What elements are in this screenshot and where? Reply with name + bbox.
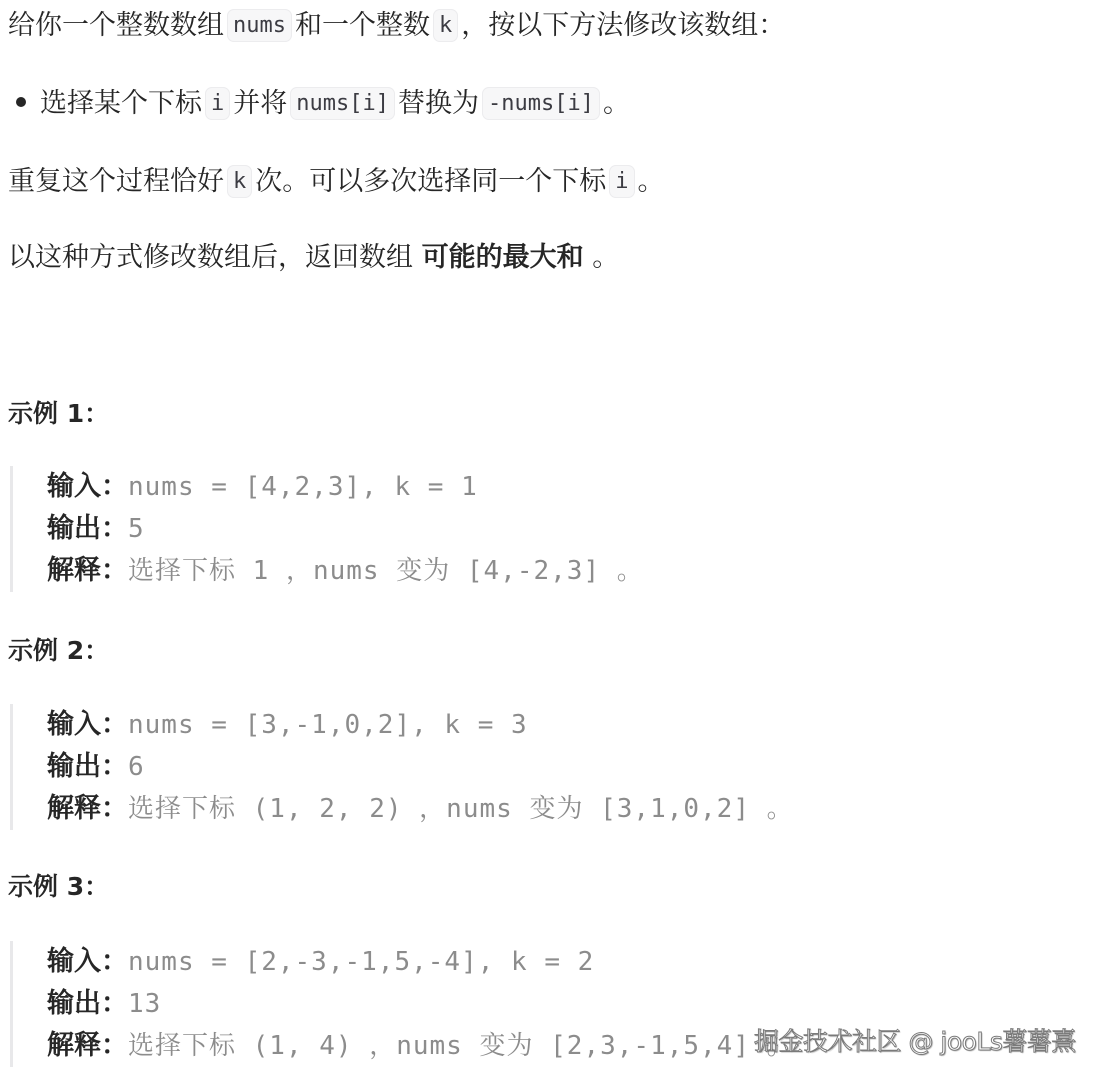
intro-paragraph: 给你一个整数数组nums和一个整数k，按以下方法修改该数组：: [8, 6, 785, 46]
output-label: 输出：: [47, 988, 128, 1019]
bullet-text-4: 。: [603, 88, 630, 119]
explain-value: 选择下标 (1, 2, 2) ，nums 变为 [3,1,0,2] 。: [128, 794, 794, 824]
bullet-text-2: 并将: [233, 88, 287, 119]
bullet-item: 选择某个下标i并将nums[i]替换为-nums[i]。: [8, 84, 630, 124]
input-value: nums = [4,2,3], k = 1: [128, 472, 478, 502]
input-label: 输入：: [47, 709, 128, 740]
intro-text-3: ，按以下方法修改该数组：: [461, 10, 785, 41]
input-value: nums = [3,-1,0,2], k = 3: [128, 710, 528, 740]
intro-text-1: 给你一个整数数组: [8, 10, 224, 41]
example-1-input: 输入：nums = [4,2,3], k = 1: [47, 466, 1047, 508]
example-1-title: 示例 1：: [8, 396, 109, 432]
intro-text-2: 和一个整数: [295, 10, 430, 41]
explain-label: 解释：: [47, 555, 128, 586]
example-2-block: 输入：nums = [3,-1,0,2], k = 3 输出：6 解释：选择下标…: [10, 704, 1047, 830]
output-value: 6: [128, 752, 145, 782]
return-paragraph: 以这种方式修改数组后，返回数组 可能的最大和 。: [8, 238, 619, 278]
example-2-title: 示例 2：: [8, 633, 109, 669]
inline-code-nums-i: nums[i]: [290, 87, 395, 120]
output-value: 13: [128, 989, 161, 1019]
example-2-output: 输出：6: [47, 746, 1047, 788]
return-text-2: 。: [592, 242, 619, 273]
watermark: 掘金技术社区 @ jooLs薯薯熹: [754, 1022, 1076, 1058]
output-label: 输出：: [47, 751, 128, 782]
example-1-block: 输入：nums = [4,2,3], k = 1 输出：5 解释：选择下标 1 …: [10, 466, 1047, 592]
explain-value: 选择下标 1 ，nums 变为 [4,-2,3] 。: [128, 556, 644, 586]
bullet-dot-icon: [16, 97, 26, 107]
input-value: nums = [2,-3,-1,5,-4], k = 2: [128, 947, 594, 977]
repeat-text-2: 次。可以多次选择同一个下标: [255, 166, 606, 197]
bold-max-sum: 可能的最大和: [422, 242, 584, 273]
repeat-text-1: 重复这个过程恰好: [8, 166, 224, 197]
repeat-paragraph: 重复这个过程恰好k次。可以多次选择同一个下标i。: [8, 162, 665, 202]
inline-code-k: k: [433, 9, 458, 42]
input-label: 输入：: [47, 946, 128, 977]
inline-code-i: i: [205, 87, 230, 120]
inline-code-neg-nums-i: -nums[i]: [482, 87, 600, 120]
example-3-input: 输入：nums = [2,-3,-1,5,-4], k = 2: [47, 941, 1047, 983]
example-3-title: 示例 3：: [8, 869, 109, 905]
input-label: 输入：: [47, 471, 128, 502]
example-2-explain: 解释：选择下标 (1, 2, 2) ，nums 变为 [3,1,0,2] 。: [47, 788, 1047, 830]
inline-code-k: k: [227, 165, 252, 198]
return-text-1: 以这种方式修改数组后，返回数组: [8, 242, 413, 273]
bullet-text-3: 替换为: [398, 88, 479, 119]
example-1-output: 输出：5: [47, 508, 1047, 550]
explain-value: 选择下标 (1, 4) ，nums 变为 [2,3,-1,5,4] 。: [128, 1031, 794, 1061]
bullet-text-1: 选择某个下标: [40, 88, 202, 119]
inline-code-i: i: [609, 165, 634, 198]
explain-label: 解释：: [47, 1030, 128, 1061]
inline-code-nums: nums: [227, 9, 292, 42]
repeat-text-3: 。: [638, 166, 665, 197]
example-2-input: 输入：nums = [3,-1,0,2], k = 3: [47, 704, 1047, 746]
explain-label: 解释：: [47, 793, 128, 824]
example-3-output: 输出：13: [47, 983, 1047, 1025]
example-1-explain: 解释：选择下标 1 ，nums 变为 [4,-2,3] 。: [47, 550, 1047, 592]
output-value: 5: [128, 514, 145, 544]
output-label: 输出：: [47, 513, 128, 544]
